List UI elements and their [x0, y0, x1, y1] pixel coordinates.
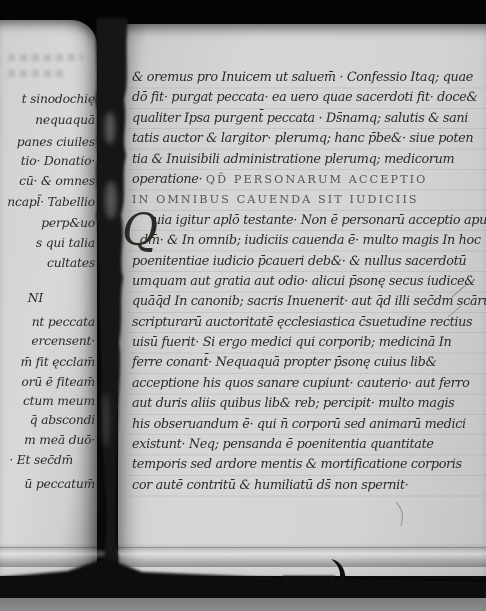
gutter-highlight: [105, 112, 115, 144]
gutter-highlight: [102, 392, 110, 448]
bottom-strip: [0, 598, 486, 611]
scratch-mark: [452, 283, 468, 297]
scratch-mark: [448, 306, 461, 317]
manuscript-photo: t sinodochię nequaquā panes ciuiles tio·…: [0, 0, 486, 611]
gutter-highlight: [105, 181, 117, 219]
gutter-shadow: [95, 18, 128, 566]
bottom-shadow-ledge: [283, 576, 335, 585]
gutter-shadow-overlay: [0, 0, 486, 611]
scratch-mark: [396, 502, 402, 526]
